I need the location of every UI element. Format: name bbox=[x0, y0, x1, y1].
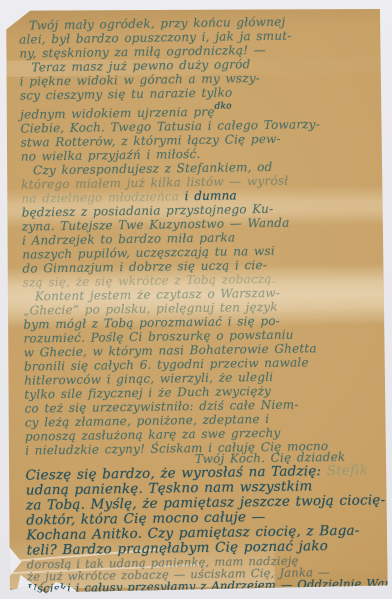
line-text: na dzielnego młodzieńca bbox=[21, 189, 184, 205]
letter-paper: Twój mały ogródek, przy końcu głównejale… bbox=[4, 7, 388, 595]
line-text: i dumna bbox=[185, 188, 237, 203]
letter-body: Twój mały ogródek, przy końcu głównejale… bbox=[19, 13, 382, 594]
line-text: Stefik bbox=[327, 462, 369, 479]
inserted-correction-text: dko bbox=[214, 101, 231, 111]
